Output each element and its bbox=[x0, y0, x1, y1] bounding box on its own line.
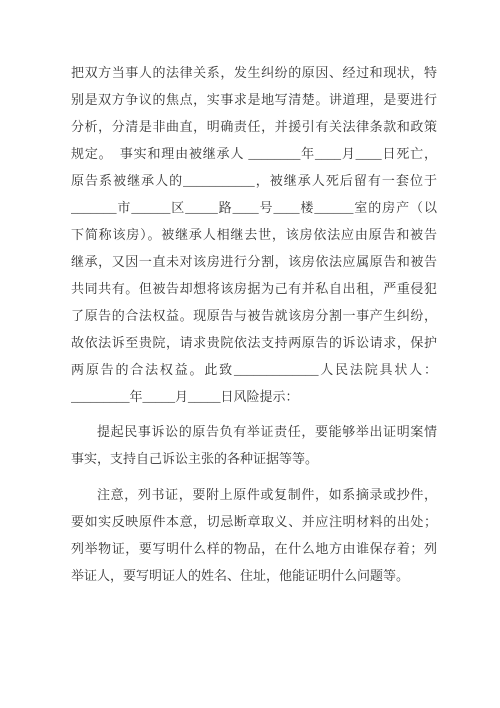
text-line: 共同共有。但被告却想将该房据为己有并私自出租，严重侵犯 bbox=[71, 275, 437, 302]
text-line: 分析，分清是非曲直，明确责任，并援引有关法律条款和政策 bbox=[71, 113, 437, 140]
text-line: 下简称该房）。被继承人相继去世，该房依法应由原告和被告 bbox=[71, 221, 437, 248]
paragraph-burden-of-proof: 提起民事诉讼的原告负有举证责任，要能够举出证明案情 事实，支持自己诉讼主张的各种… bbox=[71, 418, 437, 472]
text-line-blank-death-date: 规定。 事实和理由被继承人 ________年____月____日死亡， bbox=[71, 140, 437, 167]
text-line-blank-address: _______市______区_____路____号____楼______室的房… bbox=[71, 194, 437, 221]
text-line: 提起民事诉讼的原告负有举证责任，要能够举出证明案情 bbox=[71, 418, 437, 445]
text-line: 注意，列书证，要附上原件或复制件，如系摘录或抄件， bbox=[71, 481, 437, 508]
text-line: 要如实反映原件本意，切忌断章取义、并应注明材料的出处； bbox=[71, 508, 437, 535]
text-line: 把双方当事人的法律关系，发生纠纷的原因、经过和现状，特 bbox=[71, 59, 437, 86]
text-line: 继承，又因一直未对该房进行分割，该房依法应属原告和被告 bbox=[71, 248, 437, 275]
legal-document-text: 把双方当事人的法律关系，发生纠纷的原因、经过和现状，特 别是双方争议的焦点，实事… bbox=[71, 59, 437, 589]
text-line: 别是双方争议的焦点，实事求是地写清楚。讲道理，是要进行 bbox=[71, 86, 437, 113]
text-line-blank-court: 两原告的合法权益。此致_____________人民法院具状人： bbox=[71, 356, 437, 383]
paragraph-evidence-notes: 注意，列书证，要附上原件或复制件，如系摘录或抄件， 要如实反映原件本意，切忌断章… bbox=[71, 481, 437, 589]
text-line: 事实，支持自己诉讼主张的各种证据等等。 bbox=[71, 445, 437, 472]
text-line: 故依法诉至贵院，请求贵院依法支持两原告的诉讼请求，保护 bbox=[71, 329, 437, 356]
document-page: 把双方当事人的法律关系，发生纠纷的原因、经过和现状，特 别是双方争议的焦点，实事… bbox=[0, 0, 500, 708]
text-line-blank-filing-date: _________年_____月_____日风险提示： bbox=[71, 383, 437, 410]
paragraph-main-body: 把双方当事人的法律关系，发生纠纷的原因、经过和现状，特 别是双方争议的焦点，实事… bbox=[71, 59, 437, 410]
text-line-blank-relation: 原告系被继承人的___________，被继承人死后留有一套位于 bbox=[71, 167, 437, 194]
text-line: 举证人，要写明证人的姓名、住址，他能证明什么问题等。 bbox=[71, 562, 437, 589]
text-line: 列举物证，要写明什么样的物品，在什么地方由谁保存着；列 bbox=[71, 535, 437, 562]
text-line: 了原告的合法权益。现原告与被告就该房分割一事产生纠纷， bbox=[71, 302, 437, 329]
